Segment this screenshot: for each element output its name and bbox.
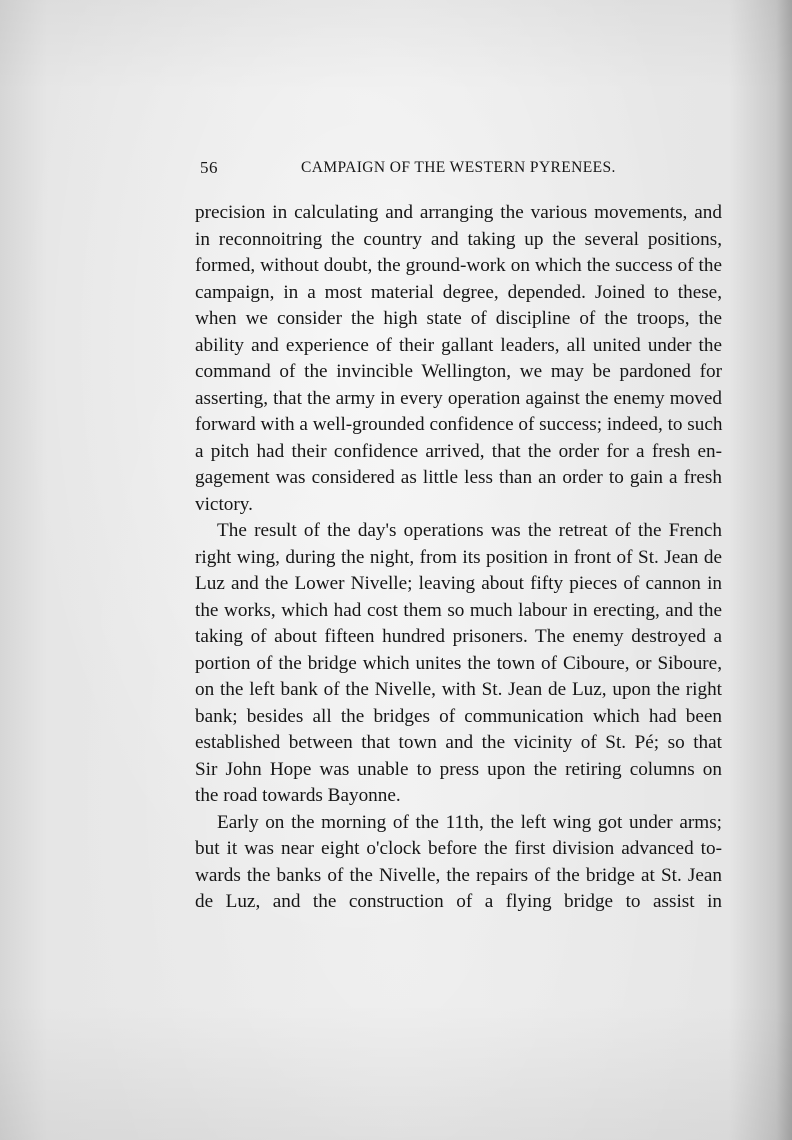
- text-line: on the left bank of the Nivelle, with St…: [195, 677, 722, 704]
- text-line: asserting, that the army in every operat…: [195, 386, 722, 413]
- text-line: but it was near eight o'clock before the…: [195, 836, 722, 863]
- text-line: formed, without doubt, the ground-work o…: [195, 253, 722, 280]
- page-number: 56: [200, 158, 218, 178]
- text-line: established between that town and the vi…: [195, 730, 722, 757]
- text-line: campaign, in a most material degree, dep…: [195, 280, 722, 307]
- text-line: when we consider the high state of disci…: [195, 306, 722, 333]
- text-line: the works, which had cost them so much l…: [195, 598, 722, 625]
- text-line: forward with a well-grounded confidence …: [195, 412, 722, 439]
- text-line: precision in calculating and arranging t…: [195, 200, 722, 227]
- text-line: ability and experience of their gallant …: [195, 333, 722, 360]
- text-line: Sir John Hope was unable to press upon t…: [195, 757, 722, 784]
- text-line-paragraph-start: Early on the morning of the 11th, the le…: [195, 810, 722, 837]
- book-page: 56 CAMPAIGN OF THE WESTERN PYRENEES. pre…: [0, 0, 792, 1140]
- text-line: a pitch had their confidence arrived, th…: [195, 439, 722, 466]
- text-line: de Luz, and the construction of a flying…: [195, 889, 722, 916]
- text-line: right wing, during the night, from its p…: [195, 545, 722, 572]
- text-line: bank; besides all the bridges of communi…: [195, 704, 722, 731]
- text-line: portion of the bridge which unites the t…: [195, 651, 722, 678]
- running-head: 56 CAMPAIGN OF THE WESTERN PYRENEES.: [200, 158, 721, 182]
- text-line-paragraph-start: The result of the day's operations was t…: [195, 518, 722, 545]
- running-title: CAMPAIGN OF THE WESTERN PYRENEES.: [301, 159, 616, 177]
- text-line: wards the banks of the Nivelle, the repa…: [195, 863, 722, 890]
- text-line: taking of about fifteen hundred prisoner…: [195, 624, 722, 651]
- text-line: in reconnoitring the country and taking …: [195, 227, 722, 254]
- text-line: gagement was considered as little less t…: [195, 465, 722, 492]
- text-line-paragraph-end: victory.: [195, 492, 722, 519]
- text-line-paragraph-end: the road towards Bayonne.: [195, 783, 722, 810]
- text-line: Luz and the Lower Nivelle; leaving about…: [195, 571, 722, 598]
- text-line: command of the invincible Wellington, we…: [195, 359, 722, 386]
- body-text: precision in calculating and arranging t…: [195, 200, 722, 916]
